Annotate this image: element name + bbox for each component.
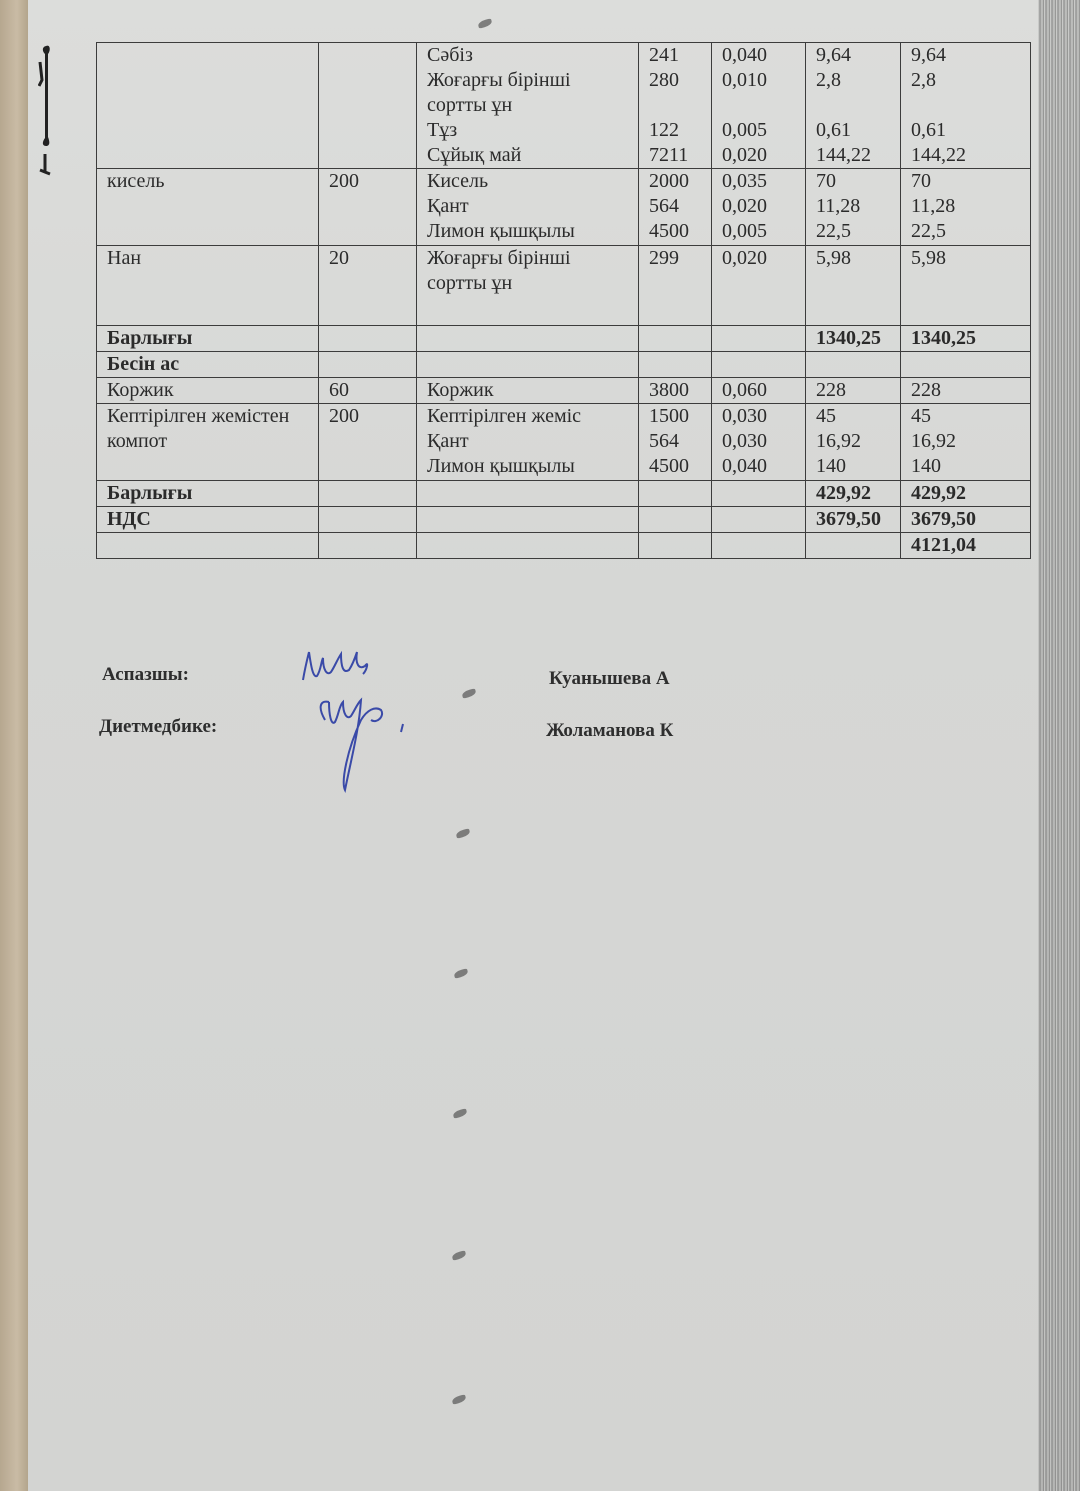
price-cell: 15005644500 — [639, 404, 712, 481]
price-cell: 2412801227211 — [639, 43, 712, 169]
ingredients-cell-line: Кисель — [427, 169, 628, 194]
total-cell: 3679,50 — [901, 507, 1031, 533]
total-cell-line: 2,8 — [911, 68, 1020, 93]
price-cell-line: 4500 — [649, 454, 701, 479]
portion-cell-text: 200 — [329, 405, 359, 427]
sum-cell: 1340,25 — [806, 326, 901, 352]
price-cell — [639, 481, 712, 507]
dish-cell: Барлығы — [97, 481, 319, 507]
table-row: Барлығы1340,251340,25 — [97, 326, 1031, 352]
table-row: НДС3679,503679,50 — [97, 507, 1031, 533]
price-cell: 3800 — [639, 378, 712, 404]
sum-cell: 3679,50 — [806, 507, 901, 533]
total-cell-line: 5,98 — [911, 246, 1020, 271]
ingredients-cell-line: сортты ұн — [427, 93, 628, 118]
dish-cell: кисель — [97, 169, 319, 246]
price-cell-line: 299 — [649, 246, 701, 271]
total-cell — [901, 352, 1031, 378]
total-cell: 7011,2822,5 — [901, 169, 1031, 246]
dish-cell: Нан — [97, 246, 319, 326]
dish-cell-text: кисель — [107, 170, 165, 192]
price-cell-line: 122 — [649, 118, 701, 143]
table-row: Бесін ас — [97, 352, 1031, 378]
sum-cell-line: 5,98 — [816, 246, 890, 271]
quantity-cell-line: 0,010 — [722, 68, 795, 93]
sum-cell-line: 3679,50 — [816, 507, 890, 532]
sum-cell: 5,98 — [806, 246, 901, 326]
ingredients-cell-line: Сұйық май — [427, 143, 628, 168]
total-cell-line: 429,92 — [911, 481, 1020, 506]
sum-cell-line: 9,64 — [816, 43, 890, 68]
ingredients-cell-line — [427, 296, 628, 321]
dietitian-label: Диетмедбике: — [99, 716, 217, 738]
binding-mark-icon — [38, 42, 52, 182]
total-cell-line: 140 — [911, 454, 1020, 479]
total-cell-line: 9,64 — [911, 43, 1020, 68]
price-cell-line: 2000 — [649, 169, 701, 194]
portion-cell: 60 — [319, 378, 417, 404]
dish-cell-text: Кептірілген жемістен компот — [107, 405, 289, 452]
dish-cell — [97, 43, 319, 169]
quantity-cell-line: 0,005 — [722, 118, 795, 143]
portion-cell-text: 60 — [329, 379, 349, 401]
price-cell-line: 241 — [649, 43, 701, 68]
handwritten-signature-icon — [295, 640, 435, 800]
portion-cell-text: 20 — [329, 247, 349, 269]
ingredients-cell: Кептірілген жемісҚантЛимон қышқылы — [417, 404, 639, 481]
portion-cell — [319, 533, 417, 559]
quantity-cell — [712, 481, 806, 507]
sum-cell: 429,92 — [806, 481, 901, 507]
ingredients-cell-line: Жоғарғы бірінші — [427, 246, 628, 271]
cook-label: Аспазшы: — [102, 664, 189, 686]
ingredients-cell-line: Сәбіз — [427, 43, 628, 68]
quantity-cell-line: 0,060 — [722, 378, 795, 403]
quantity-cell — [712, 352, 806, 378]
menu-cost-table: СәбізЖоғарғы біріншісортты ұнТұзСұйық ма… — [96, 42, 1031, 559]
dish-cell-text: Бесін ас — [107, 353, 179, 375]
quantity-cell — [712, 507, 806, 533]
quantity-cell-line: 0,035 — [722, 169, 795, 194]
ingredients-cell-line: Тұз — [427, 118, 628, 143]
sum-cell-line: 2,8 — [816, 68, 890, 93]
portion-cell: 20 — [319, 246, 417, 326]
price-cell — [639, 533, 712, 559]
price-cell-line: 564 — [649, 429, 701, 454]
portion-cell — [319, 326, 417, 352]
ingredients-cell-line: Лимон қышқылы — [427, 454, 628, 479]
total-cell-line: 144,22 — [911, 143, 1020, 168]
dish-cell: Коржик — [97, 378, 319, 404]
total-cell-line — [911, 93, 1020, 118]
total-cell: 429,92 — [901, 481, 1031, 507]
table-row: Коржик60Коржик38000,060228228 — [97, 378, 1031, 404]
quantity-cell-line: 0,005 — [722, 219, 795, 244]
total-cell: 228 — [901, 378, 1031, 404]
price-cell-line: 4500 — [649, 219, 701, 244]
sum-cell — [806, 533, 901, 559]
quantity-cell: 0,060 — [712, 378, 806, 404]
table-row: Барлығы429,92429,92 — [97, 481, 1031, 507]
price-cell-line: 280 — [649, 68, 701, 93]
sum-cell: 4516,92140 — [806, 404, 901, 481]
dish-cell — [97, 533, 319, 559]
sum-cell-line: 16,92 — [816, 429, 890, 454]
dish-cell: Барлығы — [97, 326, 319, 352]
portion-cell: 200 — [319, 169, 417, 246]
sum-cell-line: 429,92 — [816, 481, 890, 506]
ingredients-cell — [417, 533, 639, 559]
quantity-cell-line: 0,030 — [722, 429, 795, 454]
total-cell-line: 11,28 — [911, 194, 1020, 219]
total-cell-line: 3679,50 — [911, 507, 1020, 532]
sum-cell — [806, 352, 901, 378]
sum-cell-line — [816, 93, 890, 118]
ingredients-cell-line: Коржик — [427, 378, 628, 403]
ingredients-cell — [417, 507, 639, 533]
dish-cell: Кептірілген жемістен компот — [97, 404, 319, 481]
sum-cell-line: 70 — [816, 169, 890, 194]
quantity-cell-line: 0,020 — [722, 143, 795, 168]
total-cell-line: 22,5 — [911, 219, 1020, 244]
table-row: СәбізЖоғарғы біріншісортты ұнТұзСұйық ма… — [97, 43, 1031, 169]
table-row: Кептірілген жемістен компот200Кептірілге… — [97, 404, 1031, 481]
total-cell: 4516,92140 — [901, 404, 1031, 481]
dish-cell-text: Коржик — [107, 379, 174, 401]
quantity-cell-line: 0,040 — [722, 454, 795, 479]
quantity-cell-line: 0,040 — [722, 43, 795, 68]
price-cell-line: 7211 — [649, 143, 701, 168]
ingredients-cell-line: Кептірілген жеміс — [427, 404, 628, 429]
quantity-cell: 0,020 — [712, 246, 806, 326]
quantity-cell-line: 0,030 — [722, 404, 795, 429]
dish-cell: НДС — [97, 507, 319, 533]
ingredients-cell: Жоғарғы біріншісортты ұн — [417, 246, 639, 326]
sum-cell: 9,642,80,61144,22 — [806, 43, 901, 169]
sum-cell: 7011,2822,5 — [806, 169, 901, 246]
sum-cell-line: 1340,25 — [816, 326, 890, 351]
sum-cell-line: 22,5 — [816, 219, 890, 244]
price-cell — [639, 352, 712, 378]
total-cell-line: 16,92 — [911, 429, 1020, 454]
table-row: кисель200КисельҚантЛимон қышқылы20005644… — [97, 169, 1031, 246]
sum-cell-line: 45 — [816, 404, 890, 429]
table-row: Нан20Жоғарғы біріншісортты ұн2990,0205,9… — [97, 246, 1031, 326]
toner-smear — [1038, 0, 1080, 1491]
price-cell-line: 564 — [649, 194, 701, 219]
dish-cell: Бесін ас — [97, 352, 319, 378]
portion-cell-text: 200 — [329, 170, 359, 192]
quantity-cell: 0,0300,0300,040 — [712, 404, 806, 481]
quantity-cell-line: 0,020 — [722, 246, 795, 271]
sum-cell-line: 0,61 — [816, 118, 890, 143]
ingredients-cell — [417, 481, 639, 507]
ingredients-cell-line: Лимон қышқылы — [427, 219, 628, 244]
total-cell-line: 0,61 — [911, 118, 1020, 143]
total-cell-line: 45 — [911, 404, 1020, 429]
sum-cell-line: 11,28 — [816, 194, 890, 219]
quantity-cell — [712, 533, 806, 559]
ingredients-cell — [417, 352, 639, 378]
total-cell-line: 4121,04 — [911, 533, 1020, 558]
portion-cell — [319, 481, 417, 507]
dish-cell-text: Барлығы — [107, 482, 192, 504]
portion-cell — [319, 507, 417, 533]
price-cell: 299 — [639, 246, 712, 326]
sum-cell-line: 228 — [816, 378, 890, 403]
total-cell-line: 228 — [911, 378, 1020, 403]
portion-cell: 200 — [319, 404, 417, 481]
ingredients-cell: КисельҚантЛимон қышқылы — [417, 169, 639, 246]
sum-cell-line: 140 — [816, 454, 890, 479]
quantity-cell-line: 0,020 — [722, 194, 795, 219]
total-cell: 1340,25 — [901, 326, 1031, 352]
total-cell: 5,98 — [901, 246, 1031, 326]
quantity-cell-line — [722, 93, 795, 118]
quantity-cell — [712, 326, 806, 352]
ingredients-cell-line: Қант — [427, 429, 628, 454]
price-cell — [639, 507, 712, 533]
quantity-cell: 0,0350,0200,005 — [712, 169, 806, 246]
total-cell-line: 1340,25 — [911, 326, 1020, 351]
sum-cell: 228 — [806, 378, 901, 404]
sum-cell-line: 144,22 — [816, 143, 890, 168]
total-cell: 4121,04 — [901, 533, 1031, 559]
portion-cell — [319, 352, 417, 378]
ingredients-cell: Коржик — [417, 378, 639, 404]
table-row: 4121,04 — [97, 533, 1031, 559]
portion-cell — [319, 43, 417, 169]
ingredients-cell-line: Қант — [427, 194, 628, 219]
price-cell — [639, 326, 712, 352]
dish-cell-text: Барлығы — [107, 327, 192, 349]
ingredients-cell-line: сортты ұн — [427, 271, 628, 296]
quantity-cell: 0,0400,0100,0050,020 — [712, 43, 806, 169]
ingredients-cell — [417, 326, 639, 352]
dish-cell-text: НДС — [107, 508, 151, 530]
dietitian-name: Жоламанова К — [546, 720, 673, 742]
price-cell: 20005644500 — [639, 169, 712, 246]
ingredients-cell-line: Жоғарғы бірінші — [427, 68, 628, 93]
total-cell-line: 70 — [911, 169, 1020, 194]
price-cell-line — [649, 93, 701, 118]
cook-name: Куанышева А — [549, 668, 670, 690]
desk-surface — [0, 0, 28, 1491]
price-cell-line: 1500 — [649, 404, 701, 429]
total-cell: 9,642,80,61144,22 — [901, 43, 1031, 169]
price-cell-line: 3800 — [649, 378, 701, 403]
ingredients-cell: СәбізЖоғарғы біріншісортты ұнТұзСұйық ма… — [417, 43, 639, 169]
dish-cell-text: Нан — [107, 247, 141, 269]
